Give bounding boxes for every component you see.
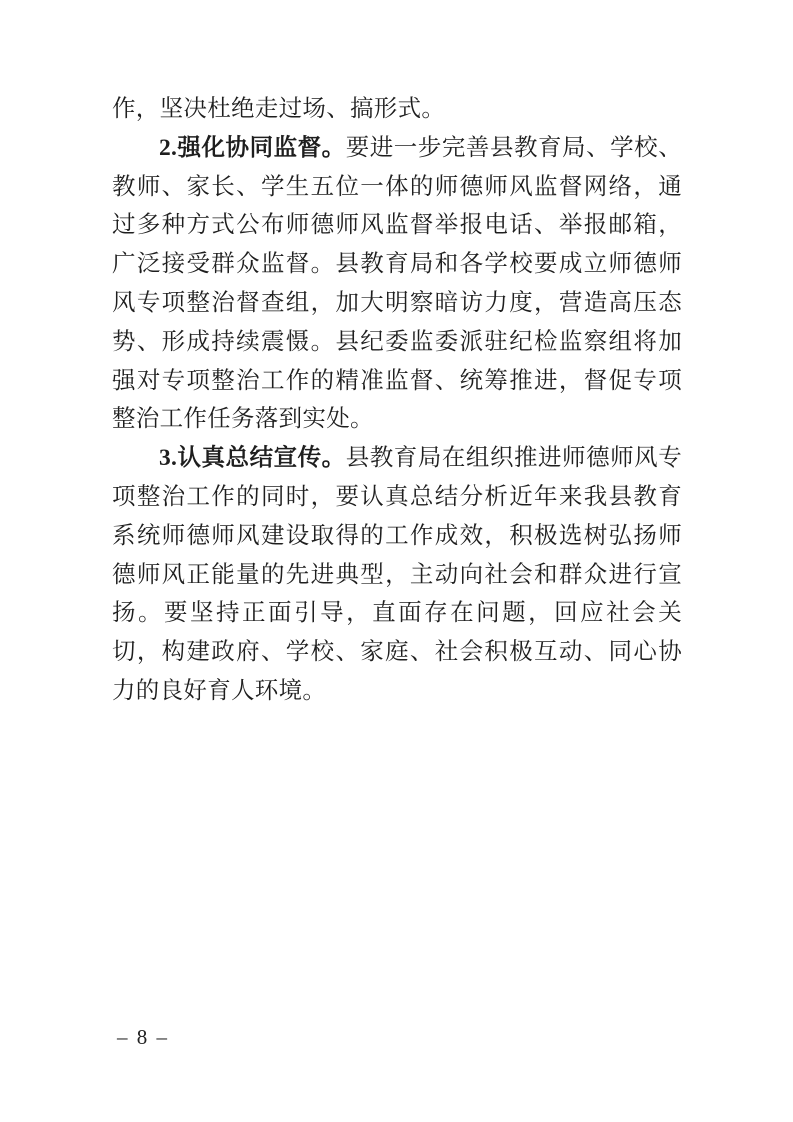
- page-number: – 8 –: [117, 1024, 169, 1050]
- paragraph: 作，坚决杜绝走过场、搞形式。: [112, 90, 682, 129]
- document-body: 作，坚决杜绝走过场、搞形式。 2.强化协同监督。要进一步完善县教育局、学校、教师…: [112, 90, 682, 711]
- paragraph-lead: 3.认真总结宣传。: [159, 445, 346, 471]
- paragraph: 2.强化协同监督。要进一步完善县教育局、学校、教师、家长、学生五位一体的师德师风…: [112, 129, 682, 439]
- paragraph-text: 作，坚决杜绝走过场、搞形式。: [112, 96, 445, 122]
- document-page: 作，坚决杜绝走过场、搞形式。 2.强化协同监督。要进一步完善县教育局、学校、教师…: [0, 0, 793, 1122]
- paragraph-text: 县教育局在组织推进师德师风专项整治工作的同时，要认真总结分析近年来我县教育系统师…: [112, 445, 682, 704]
- paragraph: 3.认真总结宣传。县教育局在组织推进师德师风专项整治工作的同时，要认真总结分析近…: [112, 439, 682, 711]
- paragraph-text: 要进一步完善县教育局、学校、教师、家长、学生五位一体的师德师风监督网络，通过多种…: [112, 135, 682, 433]
- paragraph-lead: 2.强化协同监督。: [159, 135, 346, 161]
